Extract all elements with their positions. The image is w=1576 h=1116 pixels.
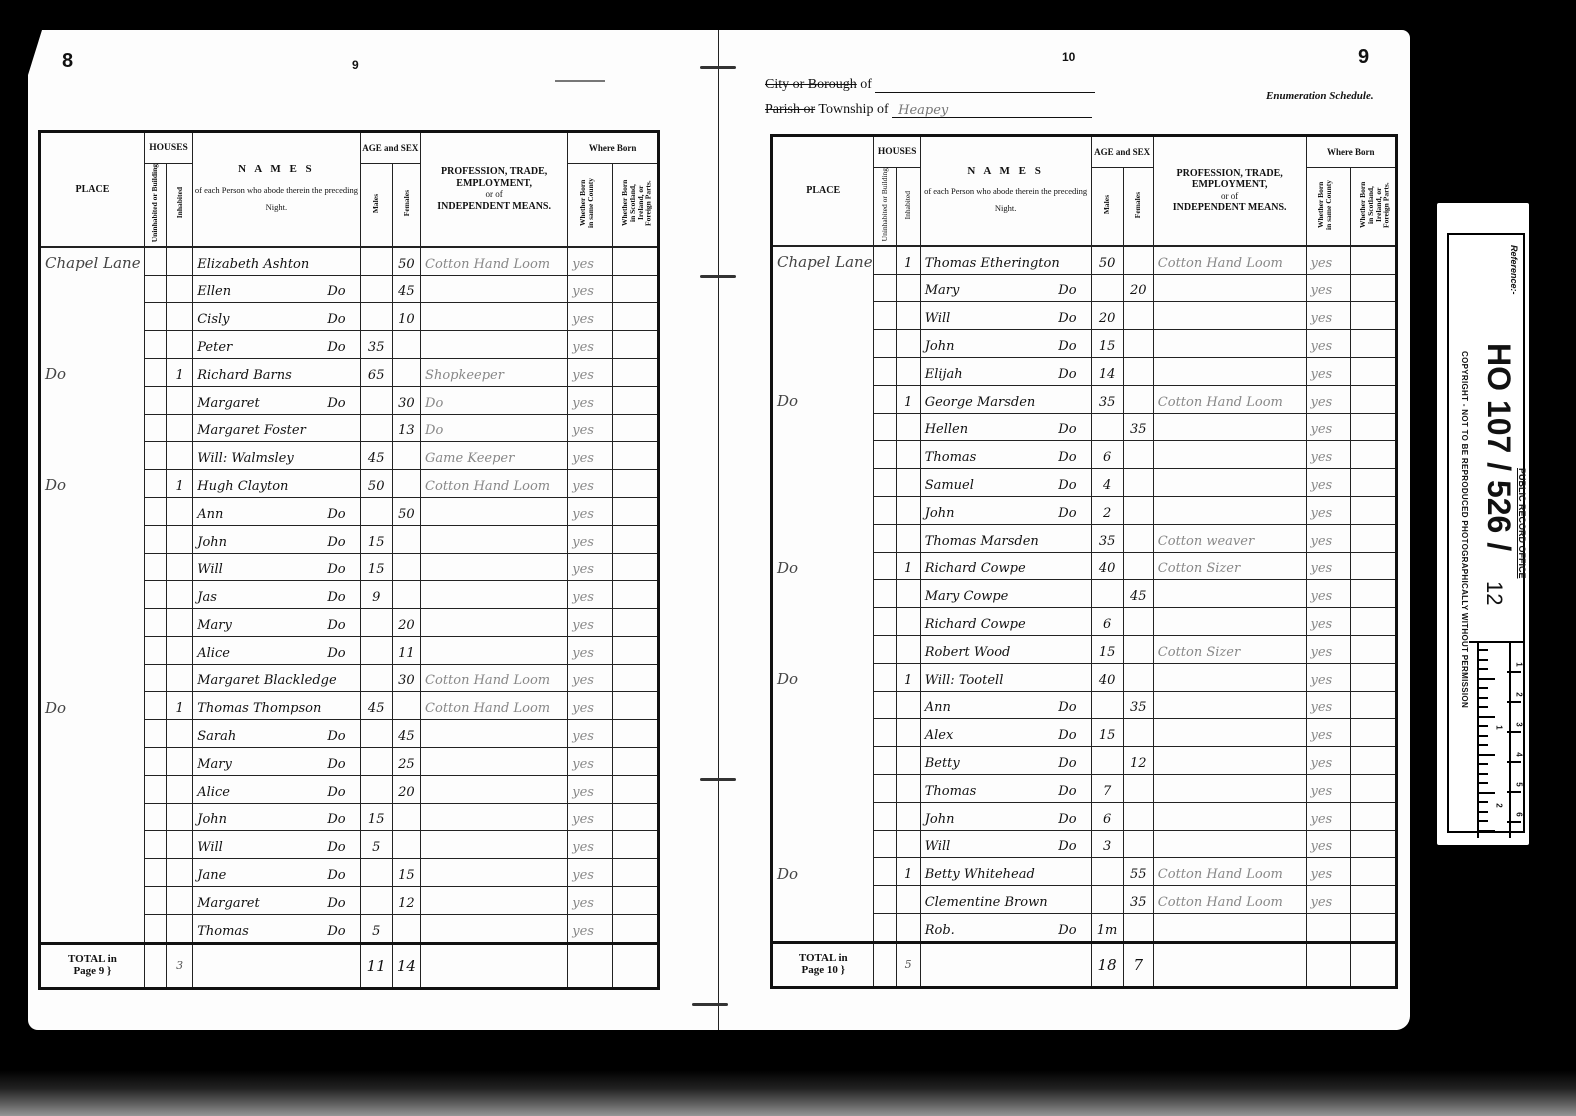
profession-cell: Cotton Hand Loom [421, 247, 568, 275]
profession-cell [1153, 441, 1306, 469]
males-cell [360, 859, 392, 887]
uninhabited-cell [874, 774, 896, 802]
ruler-tick [1479, 697, 1488, 699]
profession-cell: Game Keeper [421, 442, 568, 470]
schedule-title: Enumeration Schedule. [1266, 90, 1374, 102]
born-abroad-cell [612, 803, 658, 831]
person-name: Jane [193, 868, 230, 886]
total-names [193, 943, 360, 988]
name-wrap: BettyDo [921, 756, 1091, 774]
table-row: Chapel Lane1Thomas Etherington50Cotton H… [772, 246, 1397, 274]
profession-cell [421, 914, 568, 943]
born-county-value: yes [568, 396, 611, 414]
uninhabited-cell [144, 497, 166, 525]
name-cell: Thomas Etherington [920, 246, 1091, 274]
person-name: Mary [921, 283, 964, 301]
born-county-value: yes [1307, 812, 1350, 830]
uninhabited-cell [144, 247, 166, 275]
header-uninhabited-text: Uninhabited or Building [881, 168, 889, 241]
ditto-mark: Do [323, 868, 349, 886]
uninhabited-cell [144, 275, 166, 303]
males-cell: 15 [360, 803, 392, 831]
binding-thread [700, 275, 736, 278]
inhabited-cell: 1 [896, 858, 920, 886]
name-wrap: Thomas Thompson [193, 701, 359, 719]
name-wrap: ThomasDo [193, 924, 359, 942]
township-value: Heapey [892, 103, 948, 118]
ruler-tick [1479, 773, 1488, 775]
males-cell: 3 [1091, 830, 1123, 858]
born-county-value: yes [1307, 839, 1350, 857]
table-row: Do1George Marsden35Cotton Hand Loomyes [772, 385, 1397, 413]
place-cell [40, 748, 145, 776]
females-value: 50 [393, 257, 420, 275]
reference-label: Reference:- [1509, 245, 1519, 295]
profession-cell [1153, 580, 1306, 608]
uninhabited-cell [144, 720, 166, 748]
females-cell [1123, 385, 1153, 413]
uninhabited-cell [144, 414, 166, 442]
males-value: 50 [1092, 256, 1123, 274]
person-name: Thomas Etherington [921, 256, 1064, 274]
person-name: Will [921, 311, 955, 329]
place-value: Do [773, 392, 873, 413]
inhabited-value: 1 [897, 673, 920, 691]
cm-label: 1 [1514, 662, 1523, 666]
males-cell [360, 275, 392, 303]
born-county-cell: yes [568, 303, 612, 331]
born-abroad-cell [612, 414, 658, 442]
name-cell: JohnDo [920, 330, 1091, 358]
table-row: JasDo9yes [40, 581, 659, 609]
table-row: Do1Betty Whitehead55Cotton Hand Loomyes [772, 858, 1397, 886]
person-name: Peter [193, 340, 236, 358]
females-cell: 30 [392, 664, 420, 692]
name-cell: AnnDo [920, 691, 1091, 719]
name-cell: MaryDo [193, 609, 360, 637]
profession-cell [421, 803, 568, 831]
person-name: John [921, 812, 959, 830]
name-wrap: JaneDo [193, 868, 359, 886]
ditto-mark [342, 673, 350, 691]
total-females: 7 [1123, 942, 1153, 987]
inhabited-cell [167, 442, 193, 470]
place-cell: Do [40, 692, 145, 720]
males-cell: 6 [1091, 802, 1123, 830]
inhabited-cell [167, 748, 193, 776]
profession-cell [1153, 497, 1306, 525]
uninhabited-cell [144, 358, 166, 386]
place-cell: Do [772, 663, 874, 691]
inhabited-cell [896, 524, 920, 552]
born-county-cell: yes [1306, 441, 1350, 469]
person-name: Will [921, 839, 955, 857]
name-wrap: MaryDo [921, 283, 1091, 301]
born-county-value: yes [1307, 728, 1350, 746]
born-county-value: yes [1307, 589, 1350, 607]
uninhabited-cell [874, 913, 896, 942]
name-wrap: Betty Whitehead [921, 867, 1091, 885]
males-cell [1091, 886, 1123, 914]
males-value: 15 [361, 562, 392, 580]
born-county-cell: yes [1306, 302, 1350, 330]
females-cell [1123, 719, 1153, 747]
ruler-tick [1479, 811, 1488, 813]
inhabited-cell [167, 303, 193, 331]
males-value: 50 [361, 479, 392, 497]
born-county-value: yes [1307, 311, 1350, 329]
name-cell: JasDo [193, 581, 360, 609]
cm-label: 3 [1514, 722, 1523, 726]
table-row: EllenDo45yes [40, 275, 659, 303]
ruler-tick [1479, 820, 1488, 822]
females-value: 25 [393, 757, 420, 775]
males-cell: 6 [1091, 608, 1123, 636]
females-value: 45 [1124, 589, 1153, 607]
place-cell [40, 636, 145, 664]
reference-strip: Reference:- HO 107 / 526 / 12 PUBLIC REC… [1437, 203, 1529, 845]
ruler-tick [1479, 725, 1488, 727]
person-name: Alex [921, 728, 958, 746]
place-cell [40, 525, 145, 553]
females-cell: 20 [392, 775, 420, 803]
born-county-value: yes [1307, 478, 1350, 496]
males-cell [1091, 858, 1123, 886]
uninhabited-cell [874, 580, 896, 608]
uninhabited-cell [144, 831, 166, 859]
profession-value [421, 939, 567, 942]
males-cell: 15 [1091, 330, 1123, 358]
name-wrap: ElijahDo [921, 367, 1091, 385]
born-county-cell: yes [1306, 608, 1350, 636]
name-wrap: ThomasDo [921, 450, 1091, 468]
uninhabited-cell [144, 581, 166, 609]
name-cell: ElijahDo [920, 358, 1091, 386]
table-row: MaryDo20yes [772, 274, 1397, 302]
born-county-value: yes [568, 423, 611, 441]
born-abroad-cell [612, 581, 658, 609]
uninhabited-cell [874, 802, 896, 830]
males-value: 15 [361, 535, 392, 553]
person-name: Thomas [921, 450, 981, 468]
uninhabited-cell [874, 886, 896, 914]
person-name: Mary Cowpe [921, 589, 1013, 607]
name-cell: WillDo [920, 830, 1091, 858]
born-county-value: yes [1307, 673, 1350, 691]
name-wrap: EllenDo [193, 284, 359, 302]
ditto-mark: Do [323, 507, 349, 525]
females-cell [1123, 774, 1153, 802]
males-cell [360, 720, 392, 748]
table-row: WillDo5yes [40, 831, 659, 859]
inhabited-cell [896, 358, 920, 386]
name-wrap: Hugh Clayton [193, 479, 359, 497]
person-name: Margaret [193, 896, 263, 914]
born-abroad-cell [1350, 858, 1396, 886]
name-wrap: Clementine Brown [921, 895, 1091, 913]
ditto-mark [342, 368, 350, 386]
name-wrap: Margaret Blackledge [193, 673, 359, 691]
ditto-mark: Do [323, 812, 349, 830]
name-cell: Hugh Clayton [193, 470, 360, 498]
born-county-cell: yes [568, 692, 612, 720]
table-row: SamuelDo4yes [772, 469, 1397, 497]
born-abroad-cell [1350, 913, 1396, 942]
males-value: 40 [1092, 673, 1123, 691]
born-county-cell: yes [1306, 691, 1350, 719]
name-cell: Betty Whitehead [920, 858, 1091, 886]
born-abroad-cell [1350, 719, 1396, 747]
office-label: PUBLIC RECORD OFFICE [1517, 468, 1527, 579]
header-houses: HOUSES [144, 132, 192, 164]
born-county-value: yes [568, 701, 611, 719]
females-cell [1123, 246, 1153, 274]
females-cell [1123, 608, 1153, 636]
person-name: Cisly [193, 312, 233, 330]
reference-number: HO 107 / 526 / [1480, 343, 1517, 551]
profession-value: Cotton Hand Loom [1154, 256, 1306, 274]
inch-label: 2 [1495, 803, 1504, 807]
males-value: 35 [1092, 395, 1123, 413]
header-where-born: Where Born [1306, 136, 1396, 168]
inhabited-cell [167, 775, 193, 803]
name-cell: ThomasDo [920, 774, 1091, 802]
born-county-value: yes [1307, 422, 1350, 440]
born-county-value: yes [568, 896, 611, 914]
females-cell [1123, 302, 1153, 330]
males-cell: 65 [360, 358, 392, 386]
born-county-value: yes [568, 590, 611, 608]
profession-value: Cotton Hand Loom [1154, 895, 1306, 913]
place-cell [772, 469, 874, 497]
uninhabited-cell [874, 302, 896, 330]
name-cell: ThomasDo [193, 914, 360, 943]
inhabited-cell [896, 747, 920, 775]
females-cell [392, 470, 420, 498]
profession-cell [421, 609, 568, 637]
inhabited-cell [167, 525, 193, 553]
uninhabited-cell [144, 887, 166, 915]
inhabited-cell: 1 [167, 470, 193, 498]
ditto-mark: Do [1054, 700, 1080, 718]
name-cell: Margaret Foster [193, 414, 360, 442]
person-name: Thomas [921, 784, 981, 802]
header-profession-3: or of [486, 189, 503, 199]
inhabited-cell [167, 581, 193, 609]
females-cell [1123, 635, 1153, 663]
place-cell [772, 747, 874, 775]
born-county-cell: yes [1306, 358, 1350, 386]
males-value: 15 [1092, 728, 1123, 746]
inhabited-value: 1 [167, 479, 192, 497]
born-county-value: yes [568, 284, 611, 302]
females-cell: 25 [392, 748, 420, 776]
ruler-tick [1479, 830, 1495, 832]
females-cell [1123, 552, 1153, 580]
name-wrap: WillDo [921, 311, 1091, 329]
ruler-tick [1479, 659, 1488, 661]
table-row: Do1Hugh Clayton50Cotton Hand Loomyes [40, 470, 659, 498]
ditto-mark [1073, 395, 1081, 413]
profession-cell [1153, 330, 1306, 358]
males-value: 9 [361, 590, 392, 608]
males-cell [1091, 274, 1123, 302]
born-county-cell: yes [568, 497, 612, 525]
males-cell [1091, 747, 1123, 775]
place-value: Chapel Lane [773, 253, 873, 274]
inhabited-cell [896, 330, 920, 358]
inhabited-cell: 1 [167, 358, 193, 386]
born-abroad-cell [612, 914, 658, 943]
profession-cell [1153, 608, 1306, 636]
table-row: JohnDo15yes [772, 330, 1397, 358]
name-cell: AliceDo [193, 775, 360, 803]
females-cell [392, 442, 420, 470]
ditto-mark [342, 257, 350, 275]
females-value: 30 [393, 396, 420, 414]
females-cell [1123, 469, 1153, 497]
born-county-value: yes [568, 479, 611, 497]
name-wrap: Thomas Marsden [921, 534, 1091, 552]
profession-cell [1153, 830, 1306, 858]
name-cell: AlexDo [920, 719, 1091, 747]
header-profession-3: or of [1221, 191, 1238, 201]
total-profession [421, 943, 568, 988]
ruler-tick [1479, 716, 1495, 718]
born-abroad-cell [612, 358, 658, 386]
table-row: Rob.Do1m [772, 913, 1397, 942]
ditto-mark: Do [323, 924, 349, 942]
born-county-cell: yes [1306, 886, 1350, 914]
cm-cell: 1 [1507, 643, 1521, 673]
header-profession-2: EMPLOYMENT, [1192, 179, 1268, 190]
females-value: 13 [393, 423, 420, 441]
person-name: Margaret Foster [193, 423, 310, 441]
name-cell: Clementine Brown [920, 886, 1091, 914]
males-value: 6 [1092, 617, 1123, 635]
table-row: Richard Cowpe6yes [772, 608, 1397, 636]
table-row: JohnDo6yes [772, 802, 1397, 830]
person-name: Margaret [193, 396, 263, 414]
males-cell [1091, 691, 1123, 719]
header-names-sub: of each Person who abode therein the pre… [193, 182, 359, 216]
place-cell [772, 330, 874, 358]
name-cell: Will: Walmsley [193, 442, 360, 470]
ditto-mark: Do [1054, 756, 1080, 774]
inhabited-cell [167, 414, 193, 442]
ruler-tick [1479, 687, 1488, 689]
uninhabited-cell [874, 663, 896, 691]
name-wrap: Robert Wood [921, 645, 1091, 663]
total-label: TOTAL in Page 9 } [40, 943, 145, 988]
profession-cell [1153, 802, 1306, 830]
females-value: 35 [1124, 895, 1153, 913]
table-row: MaryDo20yes [40, 609, 659, 637]
total-uninhabited [144, 943, 166, 988]
females-value: 12 [1124, 756, 1153, 774]
header-males: Males [1091, 168, 1123, 246]
table-row: Robert Wood15Cotton Sizeryes [772, 635, 1397, 663]
born-county-cell: yes [1306, 469, 1350, 497]
born-abroad-cell [1350, 469, 1396, 497]
place-cell [772, 774, 874, 802]
born-county-value: yes [1307, 256, 1350, 274]
born-abroad-cell [1350, 441, 1396, 469]
males-value: 5 [361, 924, 392, 942]
ditto-mark [1073, 561, 1081, 579]
born-county-value: yes [568, 924, 611, 942]
census-table-left: PLACE HOUSES N A M E S of each Person wh… [38, 130, 660, 990]
females-cell: 12 [392, 887, 420, 915]
person-name: Richard Cowpe [921, 617, 1030, 635]
born-county-value: yes [568, 812, 611, 830]
uninhabited-cell [874, 858, 896, 886]
name-cell: SarahDo [193, 720, 360, 748]
females-value: 45 [393, 284, 420, 302]
born-abroad-cell [612, 692, 658, 720]
females-cell: 55 [1123, 858, 1153, 886]
name-wrap: AliceDo [193, 785, 359, 803]
ruler-tick [1479, 678, 1495, 680]
profession-value: Game Keeper [421, 451, 567, 469]
table-row: Do1Richard Cowpe40Cotton Sizeryes [772, 552, 1397, 580]
header-age-sex: AGE and SEX [1091, 136, 1153, 168]
place-cell: Do [772, 858, 874, 886]
uninhabited-cell [144, 859, 166, 887]
name-cell: EllenDo [193, 275, 360, 303]
born-county-cell: yes [568, 358, 612, 386]
males-value: 15 [1092, 339, 1123, 357]
place-cell [40, 442, 145, 470]
person-name: Ann [921, 700, 955, 718]
born-abroad-cell [1350, 385, 1396, 413]
males-value: 6 [1092, 450, 1123, 468]
name-wrap: HellenDo [921, 422, 1091, 440]
person-name: Richard Barns [193, 368, 296, 386]
born-county-cell: yes [1306, 774, 1350, 802]
person-name: Thomas Thompson [193, 701, 325, 719]
binding-thread [700, 778, 736, 781]
ditto-mark: Do [1054, 784, 1080, 802]
uninhabited-cell [144, 914, 166, 943]
ditto-mark: Do [1054, 283, 1080, 301]
females-value [1124, 938, 1153, 941]
born-abroad-cell [612, 748, 658, 776]
inhabited-cell [167, 553, 193, 581]
profession-cell [421, 581, 568, 609]
name-wrap: MargaretDo [193, 896, 359, 914]
born-county-cell: yes [568, 803, 612, 831]
census-rows-left: Chapel LaneElizabeth Ashton50Cotton Hand… [40, 247, 659, 943]
person-name: Samuel [921, 478, 978, 496]
cm-label: 2 [1514, 692, 1523, 696]
table-row: Thomas Marsden35Cotton weaveryes [772, 524, 1397, 552]
born-county-value: yes [568, 535, 611, 553]
profession-cell [421, 497, 568, 525]
place-cell [40, 775, 145, 803]
place-value: Do [773, 559, 873, 580]
folded-corner [28, 30, 42, 75]
ditto-mark: Do [1054, 812, 1080, 830]
name-cell: AnnDo [193, 497, 360, 525]
header-place: PLACE [772, 136, 874, 246]
place-cell [772, 524, 874, 552]
name-wrap: JohnDo [193, 812, 359, 830]
name-wrap: AlexDo [921, 728, 1091, 746]
females-cell [1123, 802, 1153, 830]
females-cell [392, 803, 420, 831]
profession-value: Cotton Hand Loom [421, 479, 567, 497]
